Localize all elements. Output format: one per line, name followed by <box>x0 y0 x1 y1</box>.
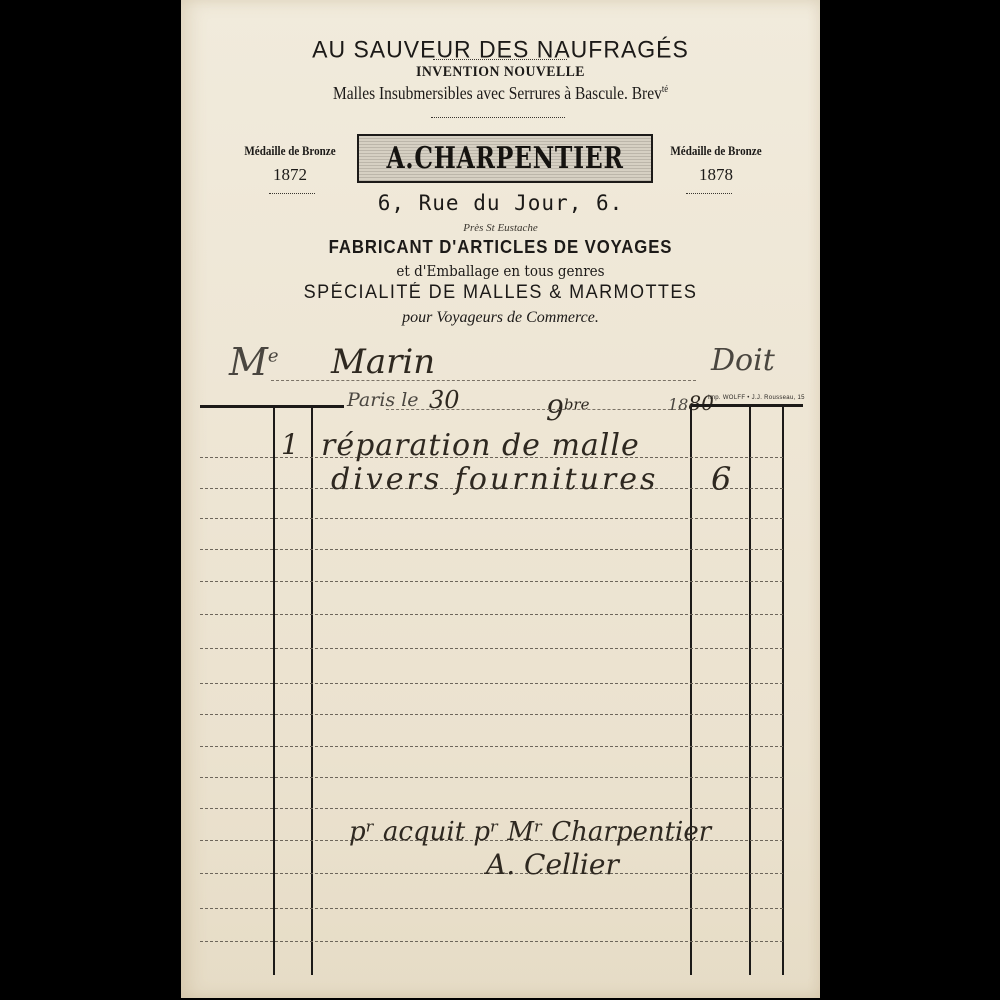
medal-label: Médaille de Bronze <box>235 143 346 159</box>
ruled-line <box>200 714 783 715</box>
decorative-divider <box>431 117 565 119</box>
business-clientele: pour Voyageurs de Commerce. <box>181 309 820 327</box>
line-item-amount: 6 <box>711 460 731 498</box>
company-name: A.CHARPENTIER <box>386 141 623 176</box>
company-address: 6, Rue du Jour, 6. <box>181 191 820 215</box>
line-item-qty: 1 <box>281 428 299 461</box>
recipient-prefix: Me <box>229 340 279 384</box>
business-specialty: SPÉCIALITÉ DE MALLES & MARMOTTES <box>197 282 804 304</box>
column-divider-amount <box>690 407 692 975</box>
ruled-line <box>200 581 783 582</box>
ruled-line <box>200 518 783 519</box>
tagline-superscript: té <box>662 84 668 95</box>
ruled-line <box>200 648 783 649</box>
ruled-line <box>200 908 783 909</box>
medal-right: Médaille de Bronze 1878 <box>651 143 781 185</box>
date-month: 9bre <box>546 394 589 427</box>
ruled-line <box>200 683 783 684</box>
header-rule-left <box>200 405 344 408</box>
ruled-line <box>200 941 783 942</box>
header-rule-right <box>691 404 803 407</box>
medal-left: Médaille de Bronze 1872 <box>225 143 355 185</box>
decorative-divider <box>433 59 567 61</box>
recipient-dotted-line <box>271 380 696 381</box>
signature: A. Cellier <box>486 848 619 881</box>
tagline-text: Malles Insubmersibles avec Serrures à Ba… <box>333 83 662 103</box>
ruled-line <box>200 808 783 809</box>
receipt-acknowledgement: pʳ acquit pʳ Mʳ Charpentier <box>349 817 711 847</box>
ruled-line <box>200 549 783 550</box>
invention-subtitle: INVENTION NOUVELLE <box>207 64 795 81</box>
medal-year: 1878 <box>651 165 781 185</box>
printer-credit: Imp. WOLFF • J.J. Rousseau, 15 <box>708 395 805 401</box>
date-dotted-line <box>386 409 686 410</box>
invoice-paper: AU SAUVEUR DES NAUFRAGÉS INVENTION NOUVE… <box>181 0 820 998</box>
column-divider-cents <box>749 407 751 975</box>
date-year-printed: 18 <box>668 395 688 414</box>
ruled-line <box>200 777 783 778</box>
date-month-number: 9 <box>546 394 564 427</box>
line-item-description: réparation de malle <box>321 428 640 463</box>
recipient-name: Marin <box>331 342 435 382</box>
column-divider-qty <box>273 407 275 975</box>
column-divider-description <box>311 407 313 975</box>
recipient-prefix-text: M <box>229 340 268 384</box>
product-tagline: Malles Insubmersibles avec Serrures à Ba… <box>226 83 776 104</box>
business-description-secondary: et d'Emballage en tous genres <box>213 262 788 280</box>
medal-year: 1872 <box>225 165 355 185</box>
ruled-line <box>200 746 783 747</box>
company-name-box: A.CHARPENTIER <box>357 134 653 183</box>
date-prefix: Paris le <box>347 389 419 411</box>
address-landmark: Près St Eustache <box>181 222 820 234</box>
column-divider-right <box>782 407 784 975</box>
ruled-line <box>200 614 783 615</box>
line-item-description: divers fournitures <box>331 462 658 497</box>
medal-label: Médaille de Bronze <box>661 143 772 159</box>
doit-label: Doit <box>711 343 775 378</box>
business-description: FABRICANT D'ARTICLES DE VOYAGES <box>203 237 797 258</box>
date-month-sup: bre <box>564 396 590 414</box>
recipient-prefix-sup: e <box>268 345 279 366</box>
